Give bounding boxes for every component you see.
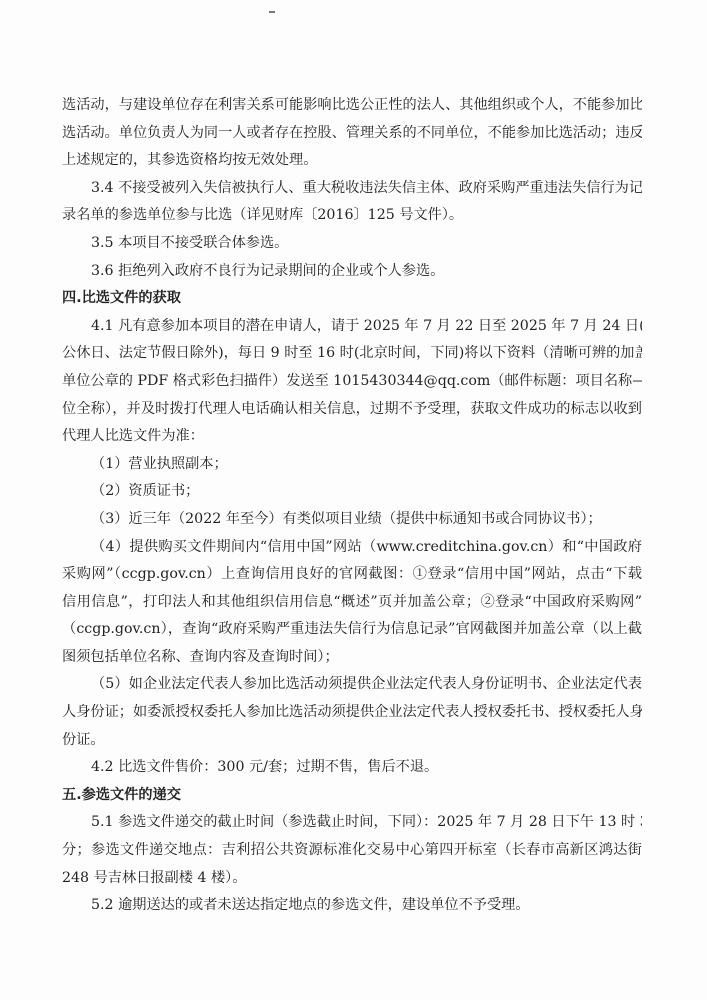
text-line: 人身份证；如委派授权委托人参加比选活动须提供企业法定代表人授权委托书、授权委托人… (62, 699, 642, 727)
clause-3-6: 3.6 拒绝列入政府不良行为记录期间的企业或个人参选。 (62, 258, 642, 286)
clause-5-2: 5.2 逾期送达的或者未送达指定地点的参选文件，建设单位不予受理。 (62, 892, 642, 920)
text-line: 份证。 (62, 727, 642, 755)
text-line: 信用信息”，打印法人和其他组织信用信息“概述”页并加盖公章；②登录“中国政府采购… (62, 589, 642, 617)
text-line: 248 号吉林日报副楼 4 楼）。 (62, 865, 642, 893)
document-page: 选活动，与建设单位存在利害关系可能影响比选公正性的法人、其他组织或个人，不能参加… (0, 0, 707, 1000)
clause-3-5: 3.5 本项目不接受联合体参选。 (62, 230, 642, 258)
section-heading-4: 四.比选文件的获取 (62, 285, 642, 313)
clause-4-1: 4.1 凡有意参加本项目的潜在申请人，请于 2025 年 7 月 22 日至 2… (62, 313, 642, 341)
text-line: 上述规定的，其参选资格均按无效处理。 (62, 147, 642, 175)
text-line: 代理人比选文件为准： (62, 423, 642, 451)
clause-5-1: 5.1 参选文件递交的截止时间（参选截止时间，下同）：2025 年 7 月 28… (62, 809, 642, 837)
text-line: 位全称），并及时拨打代理人电话确认相关信息，过期不予受理，获取文件成功的标志以收… (62, 396, 642, 424)
text-line: 采购网”（ccgp.gov.cn）上查询信用良好的官网截图：①登录“信用中国”网… (62, 561, 642, 589)
list-item-1: （1）营业执照副本； (62, 451, 642, 479)
text-line: 公休日、法定节假日除外)，每日 9 时至 16 时(北京时间，下同)将以下资料（… (62, 340, 642, 368)
document-body: 选活动，与建设单位存在利害关系可能影响比选公正性的法人、其他组织或个人，不能参加… (62, 92, 642, 920)
scan-mark (269, 11, 275, 13)
text-line: 图须包括单位名称、查询内容及查询时间）； (62, 644, 642, 672)
list-item-2: （2）资质证书； (62, 478, 642, 506)
text-line: 单位公章的 PDF 格式彩色扫描件）发送至 1015430344@qq.com（… (62, 368, 642, 396)
clause-3-4: 3.4 不接受被列入失信被执行人、重大税收违法失信主体、政府采购严重违法失信行为… (62, 175, 642, 203)
text-line: 录名单的参选单位参与比选（详见财库〔2016〕125 号文件）。 (62, 202, 642, 230)
text-line: 选活动。单位负责人为同一人或者存在控股、管理关系的不同单位，不能参加比选活动；违… (62, 120, 642, 148)
list-item-5: （5）如企业法定代表人参加比选活动须提供企业法定代表人身份证明书、企业法定代表 (62, 671, 642, 699)
text-line: 分；参选文件递交地点：吉利招公共资源标准化交易中心第四开标室（长春市高新区鸿达街 (62, 837, 642, 865)
list-item-3: （3）近三年（2022 年至今）有类似项目业绩（提供中标通知书或合同协议书）； (62, 506, 642, 534)
section-heading-5: 五.参选文件的递交 (62, 782, 642, 810)
list-item-4: （4）提供购买文件期间内“信用中国”网站（www.creditchina.gov… (62, 534, 642, 562)
text-line: 选活动，与建设单位存在利害关系可能影响比选公正性的法人、其他组织或个人，不能参加… (62, 92, 642, 120)
clause-4-2: 4.2 比选文件售价：300 元/套；过期不售，售后不退。 (62, 754, 642, 782)
text-line: （ccgp.gov.cn），查询“政府采购严重违法失信行为信息记录”官网截图并加… (62, 616, 642, 644)
